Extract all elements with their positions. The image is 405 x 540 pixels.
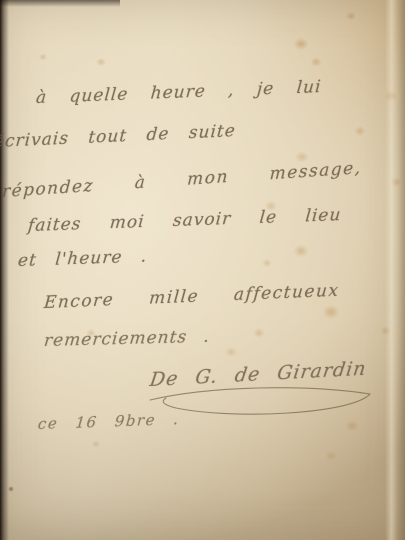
photo-right-edge: [398, 0, 405, 540]
photo-left-edge: [0, 0, 9, 540]
letter-photograph: à quelle heure , je lui écrivais tout de…: [0, 0, 405, 540]
sheet-edge-highlight: [385, 0, 398, 540]
photo-top-edge: [0, 0, 120, 7]
